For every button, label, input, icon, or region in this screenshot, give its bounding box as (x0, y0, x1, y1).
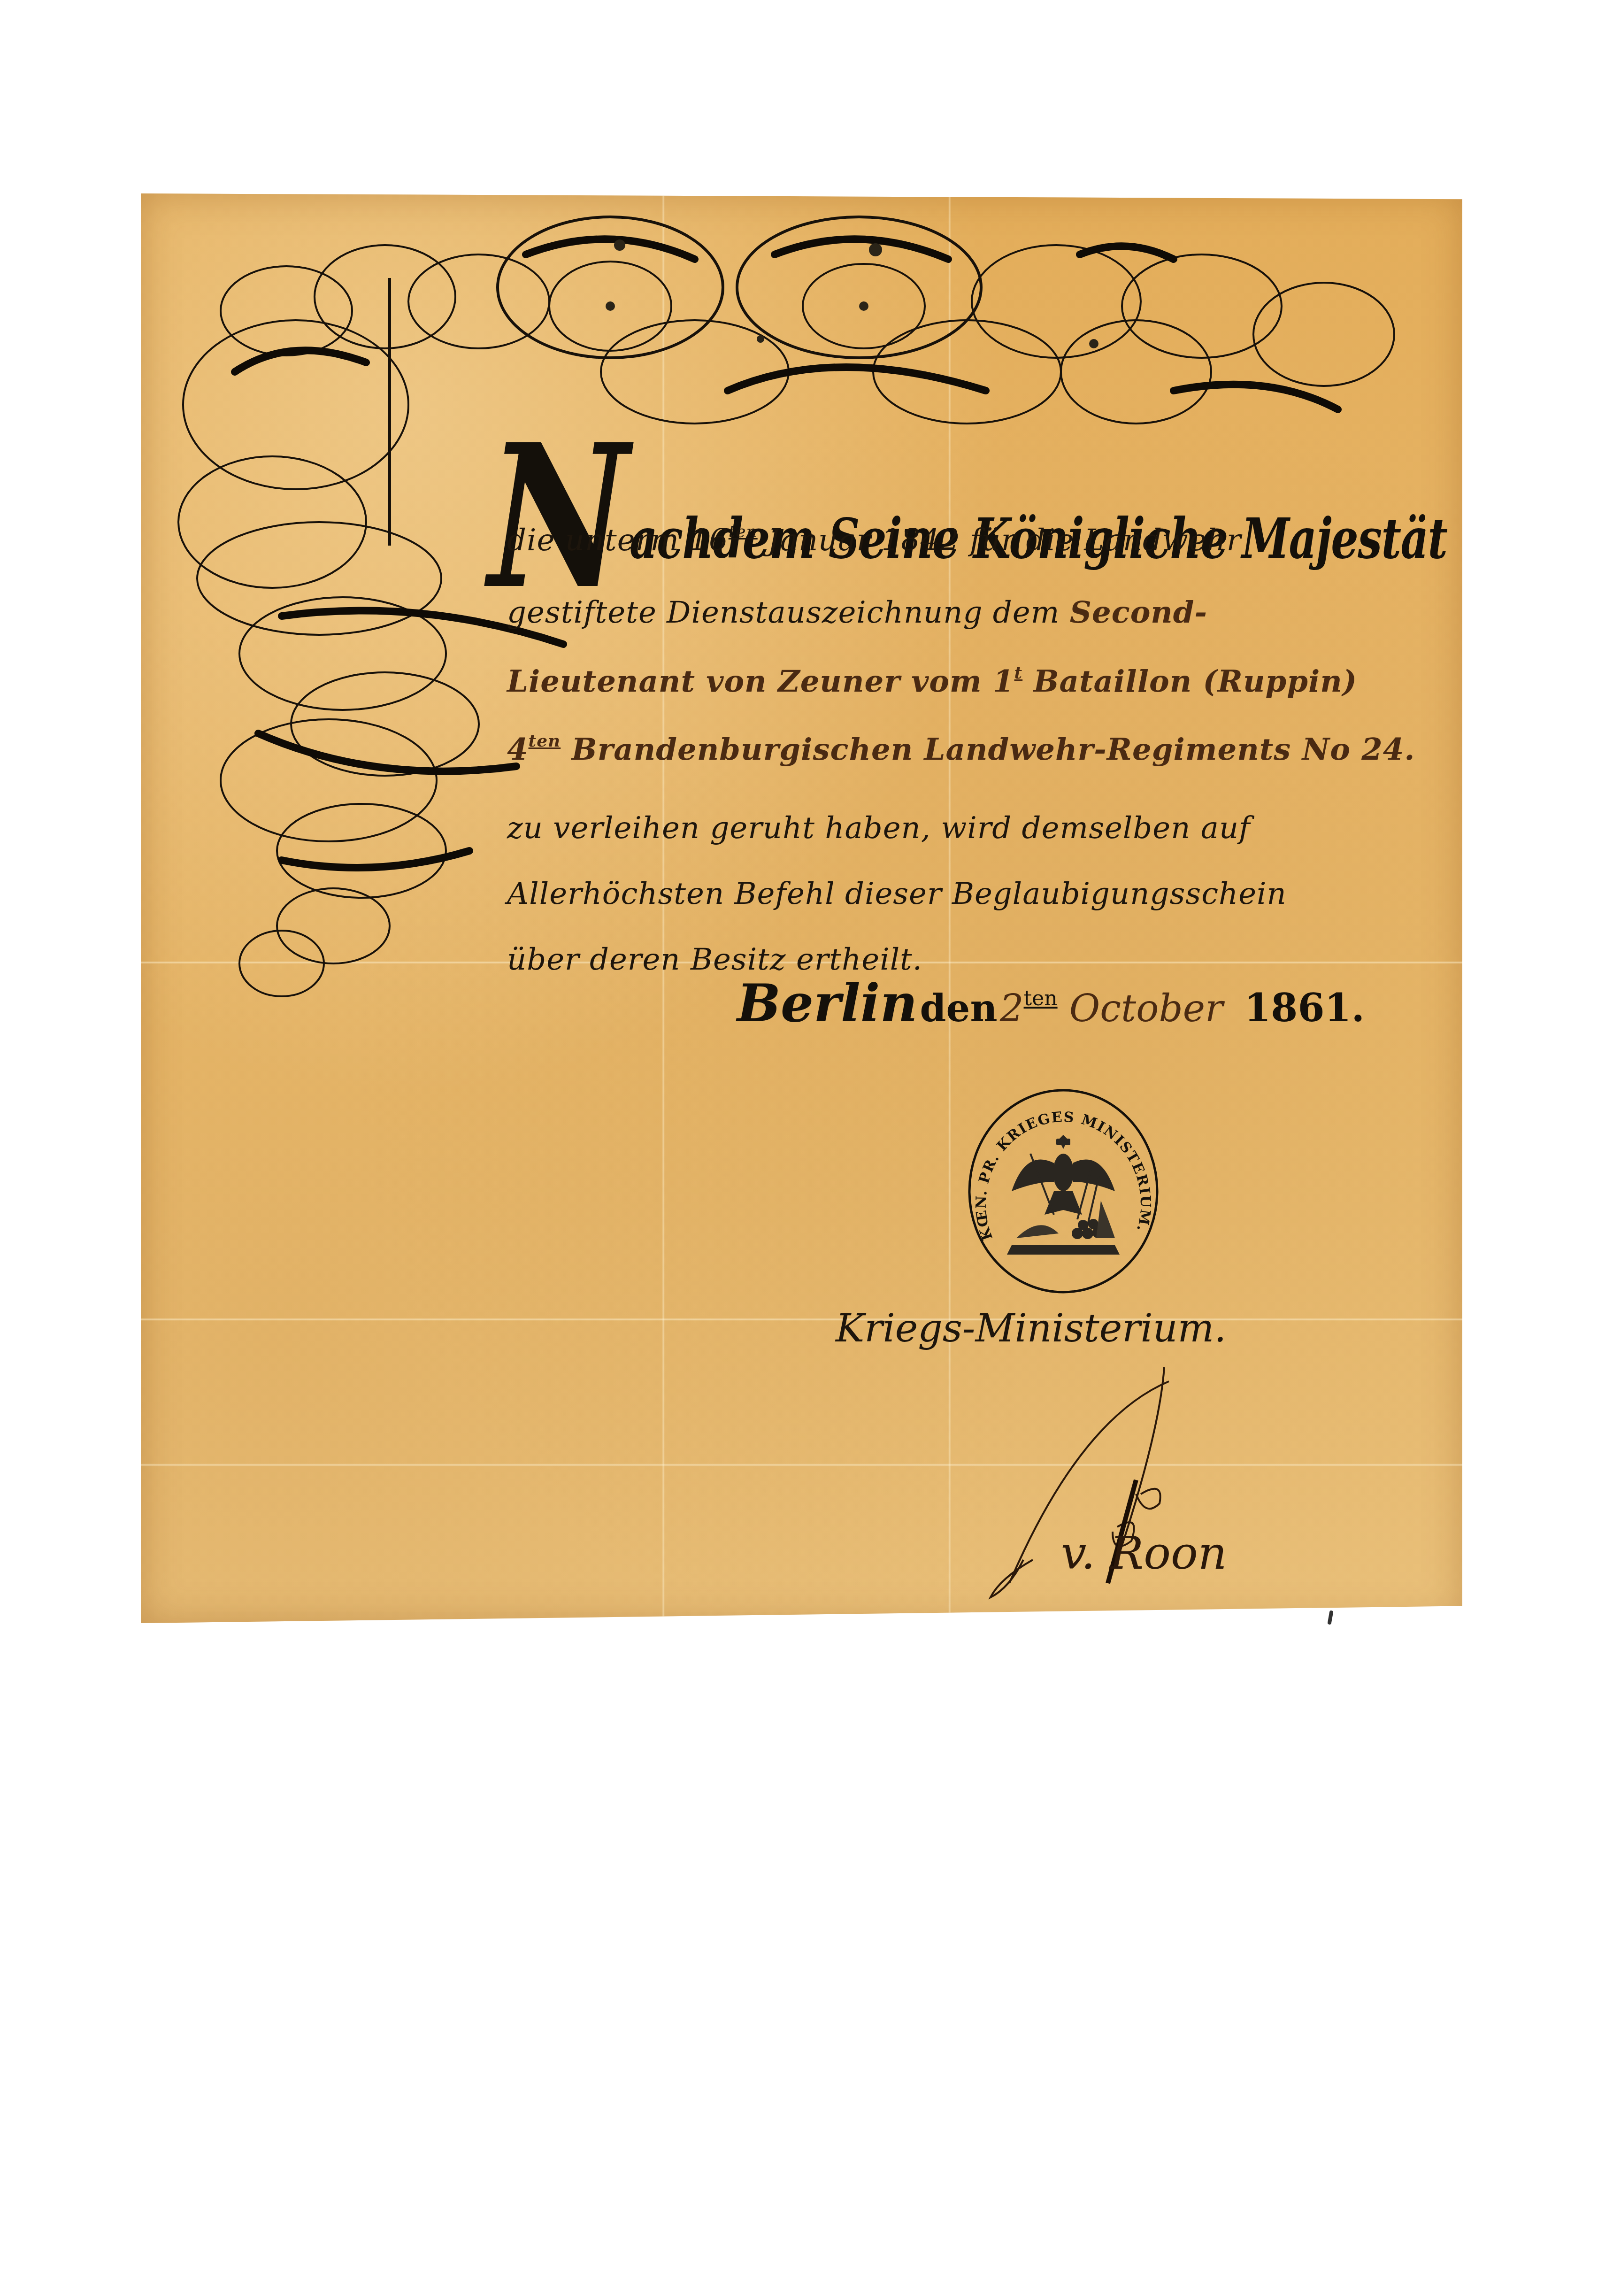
filled-regiment: Brandenburgischen Landwehr-Regiments No … (561, 732, 1415, 767)
date-year: 1861. (1244, 986, 1365, 1031)
scan-speck (1327, 1610, 1333, 1625)
date-month: October (1069, 986, 1223, 1030)
body-line-2: gestiftete Dienstauszeichnung dem Second… (507, 595, 1207, 630)
filled-rank: Second- (1070, 595, 1207, 630)
date-line: Berlin den 2ten October 1861. (737, 973, 1365, 1033)
place-name: Berlin (737, 973, 917, 1033)
body-line-1: die unterm 16ten Januar 1842 für die Lan… (507, 522, 1241, 558)
filled-battalion: Bataillon (Ruppin) (1022, 664, 1357, 699)
body-line-5: zu verleihen geruht haben, wird demselbe… (507, 811, 1251, 846)
body-line-3: Lieutenant von Zeuner vom 1t Bataillon (… (507, 663, 1357, 699)
body-line-7: über deren Besitz ertheilt. (507, 942, 922, 977)
date-day: 2 (1000, 986, 1024, 1030)
document-heading: Nachdem Seine Königliche Majestät von Pr… (488, 419, 1613, 616)
filled-recipient-name: Lieutenant von Zeuner (507, 664, 900, 699)
minister-signature: v. Roon (1061, 1527, 1227, 1579)
body-line-4: 4ten Brandenburgischen Landwehr-Regiment… (507, 731, 1415, 767)
body-line-6: Allerhöchsten Befehl dieser Beglaubigung… (507, 877, 1287, 911)
war-ministry-seal: KŒN. PR. KRIEGES MINISTERIUM. (960, 1083, 1167, 1299)
certificate-paper: Nachdem Seine Königliche Majestät von Pr… (141, 193, 1462, 1623)
issuing-authority: Kriegs-Ministerium. (836, 1306, 1226, 1351)
